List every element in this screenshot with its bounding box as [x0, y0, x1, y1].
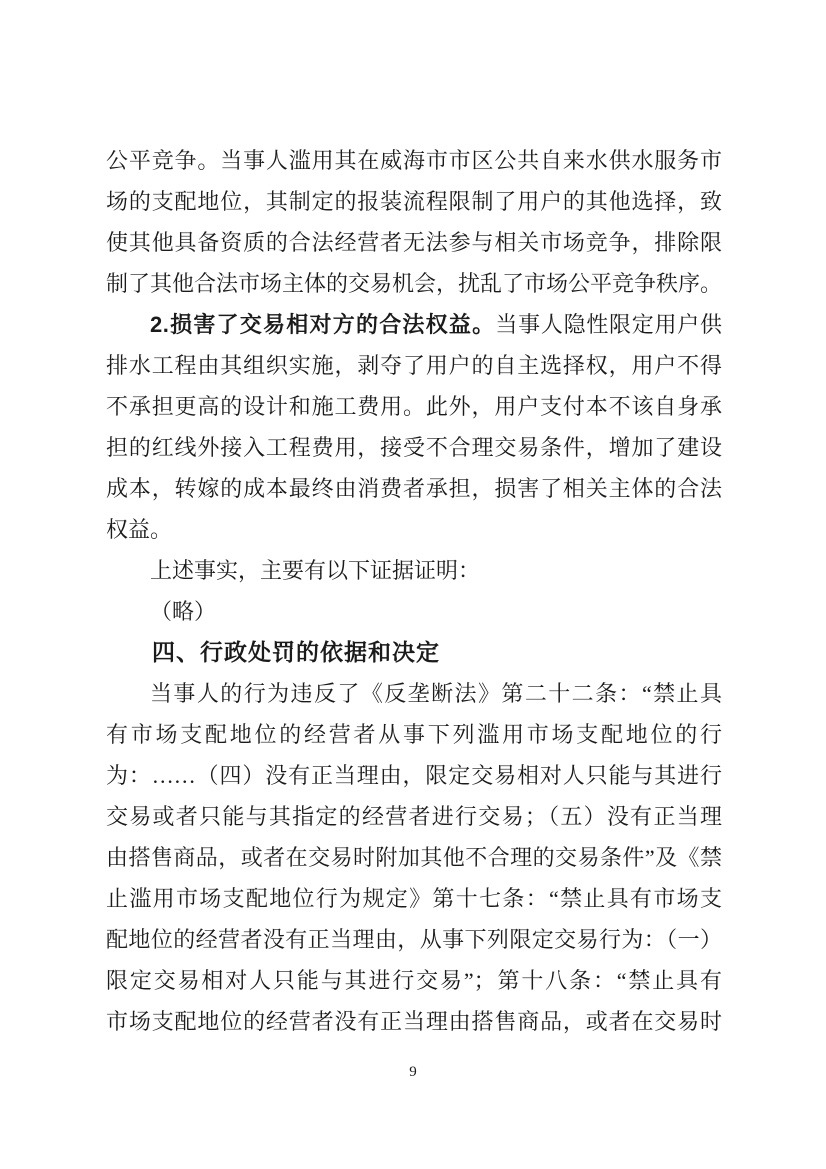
text-line: 市场支配地位的经营者没有正当理由搭售商品，或者在交易时 — [106, 1001, 722, 1042]
text-line: 有市场支配地位的经营者从事下列滥用市场支配地位的行 — [106, 714, 722, 755]
text-line: 不承担更高的设计和施工费用。此外，用户支付本不该自身承 — [106, 386, 722, 427]
text-line: 权益。 — [106, 509, 722, 550]
document-body: 公平竞争。当事人滥用其在威海市市区公共自来水供水服务市 场的支配地位，其制定的报… — [106, 140, 722, 1042]
text-line: 2.损害了交易相对方的合法权益。当事人隐性限定用户供 — [106, 304, 722, 345]
text-line: 当事人的行为违反了《反垄断法》第二十二条：“禁止具 — [106, 673, 722, 714]
text-line: 公平竞争。当事人滥用其在威海市市区公共自来水供水服务市 — [106, 140, 722, 181]
text-line: 由搭售商品，或者在交易时附加其他不合理的交易条件”及《禁 — [106, 837, 722, 878]
text-line: 为：……（四）没有正当理由，限定交易相对人只能与其进行 — [106, 755, 722, 796]
text-line: 排水工程由其组织实施，剥夺了用户的自主选择权，用户不得 — [106, 345, 722, 386]
text-line: 上述事实，主要有以下证据证明： — [106, 550, 722, 591]
text-line: 交易或者只能与其指定的经营者进行交易；（五）没有正当理 — [106, 796, 722, 837]
section-heading: 四、行政处罚的依据和决定 — [106, 632, 722, 673]
bold-run: 2.损害了交易相对方的合法权益。 — [150, 312, 495, 337]
line-text: 当事人隐性限定用户供 — [495, 312, 722, 337]
text-line: 止滥用市场支配地位行为规定》第十七条：“禁止具有市场支 — [106, 878, 722, 919]
text-line: 场的支配地位，其制定的报装流程限制了用户的其他选择，致 — [106, 181, 722, 222]
text-line: （略） — [106, 591, 722, 632]
text-line: 使其他具备资质的合法经营者无法参与相关市场竞争，排除限 — [106, 222, 722, 263]
page-number: 9 — [0, 1064, 826, 1081]
document-page: 公平竞争。当事人滥用其在威海市市区公共自来水供水服务市 场的支配地位，其制定的报… — [0, 0, 826, 1169]
text-line: 限定交易相对人只能与其进行交易”；第十八条：“禁止具有 — [106, 960, 722, 1001]
text-line: 成本，转嫁的成本最终由消费者承担，损害了相关主体的合法 — [106, 468, 722, 509]
text-line: 制了其他合法市场主体的交易机会，扰乱了市场公平竞争秩序。 — [106, 263, 722, 304]
text-line: 配地位的经营者没有正当理由，从事下列限定交易行为：（一） — [106, 919, 722, 960]
text-line: 担的红线外接入工程费用，接受不合理交易条件，增加了建设 — [106, 427, 722, 468]
